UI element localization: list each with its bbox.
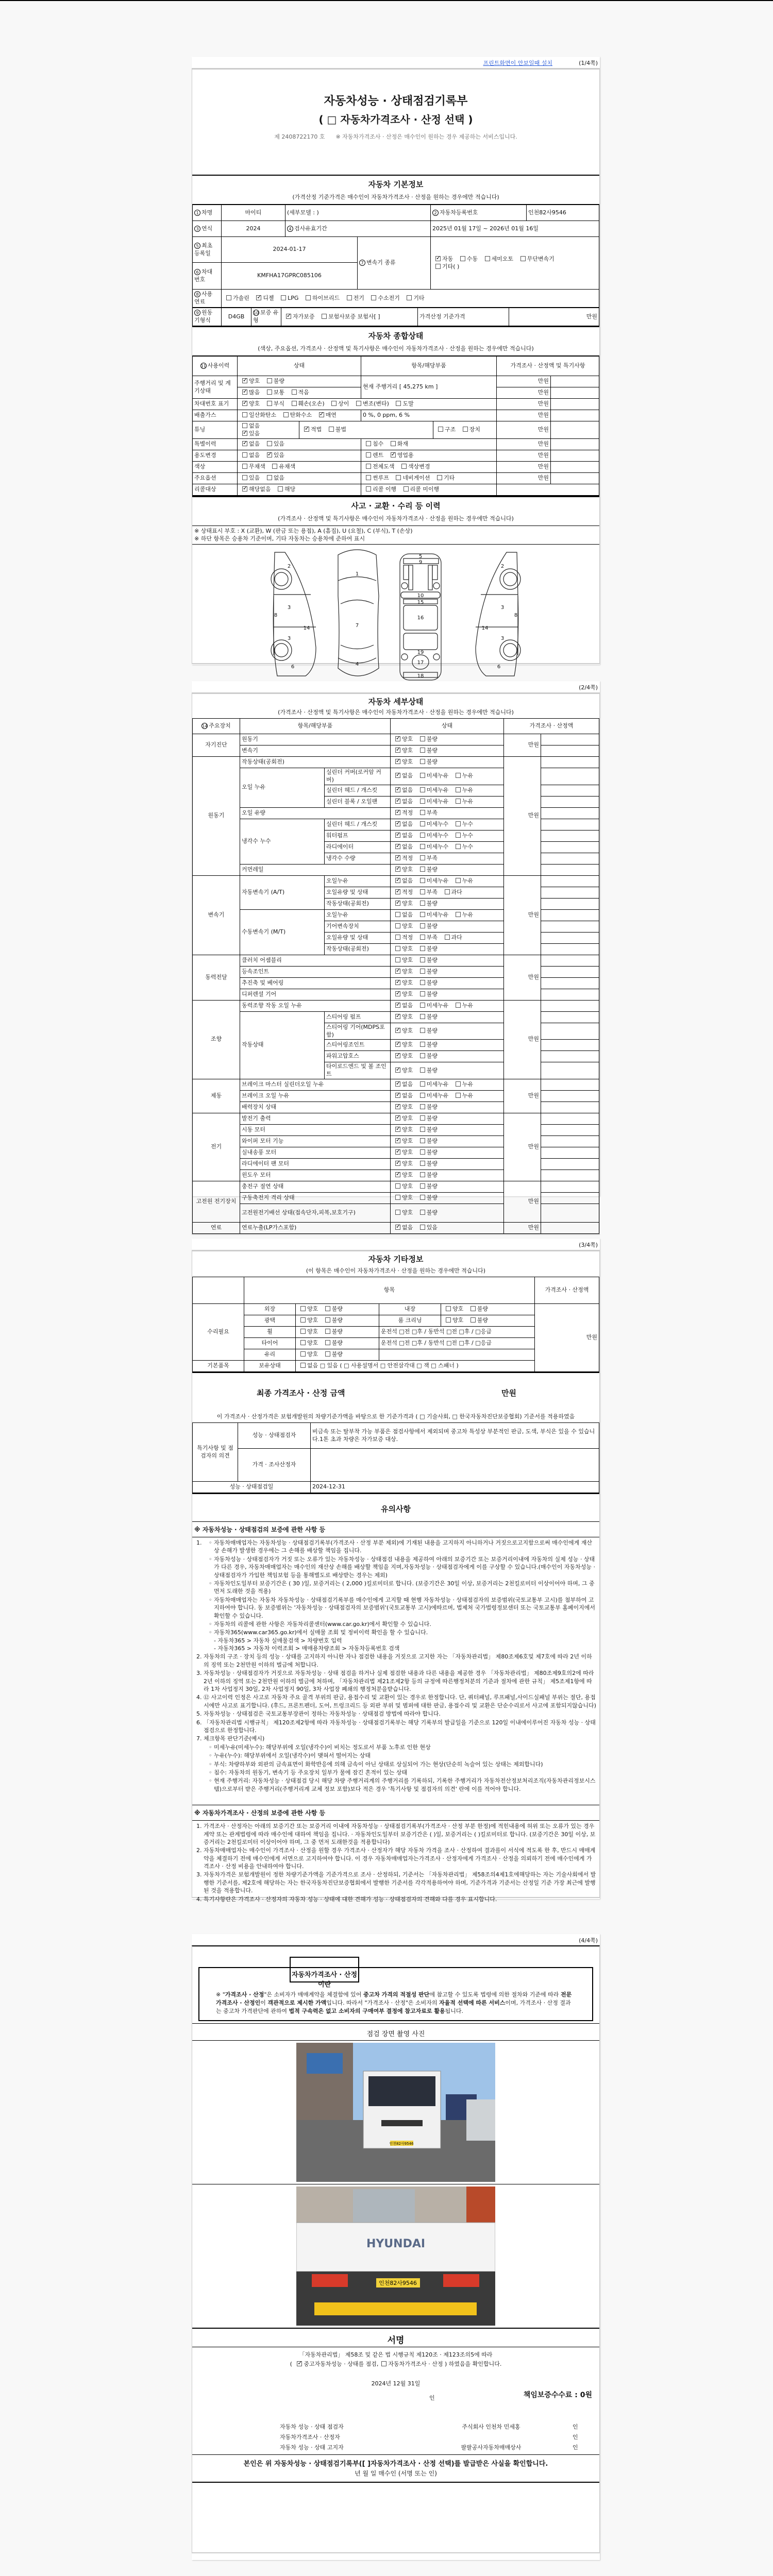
checkbox[interactable] [395, 833, 400, 838]
checkbox[interactable] [347, 295, 352, 300]
notes-list-2: 가격조사 · 산정자는 아래의 보증기간 또는 보증거리 이내에 자동차성능 ·… [192, 1821, 599, 1905]
checkbox[interactable] [306, 295, 311, 300]
inspection-date: 2024-12-31 [311, 1482, 599, 1493]
engine-table: 9원동 기형식 D4GB 10보증 유형 자가보증 보험사보증 보험사[ ] 가… [192, 308, 599, 326]
checkbox[interactable] [420, 991, 425, 996]
checkbox[interactable] [267, 475, 272, 480]
checkbox[interactable] [420, 1014, 425, 1019]
checkbox[interactable] [420, 1067, 425, 1073]
warranty-options: 자가보증 보험사보증 보험사[ ] [281, 308, 418, 326]
checkbox[interactable] [420, 1210, 425, 1215]
doc-number-line: 제 2408722170 호 ※ 자동차가격조사 · 산정은 매수인이 원하는 … [192, 132, 599, 141]
checkbox[interactable] [325, 1306, 330, 1311]
checkbox[interactable] [456, 912, 461, 917]
checkbox[interactable] [456, 844, 461, 849]
detail-row: 원동기작동상태(공회전)양호 불량만원 [193, 757, 599, 768]
checkbox[interactable] [407, 295, 412, 300]
svg-text:5: 5 [419, 554, 422, 560]
page-2: (2/4쪽) 자동차 세부상태 (가격조사 · 산정액 및 특기사항은 매수인이… [192, 681, 600, 1196]
checkbox[interactable] [420, 901, 425, 906]
checkbox[interactable] [300, 1340, 306, 1345]
final-price-unit: 만원 [501, 1387, 516, 1398]
checkbox[interactable] [267, 441, 272, 446]
checkbox[interactable] [420, 912, 425, 917]
detail-row: 동력전달클러치 어셈블리양호 불량만원 [193, 955, 599, 966]
checkbox[interactable] [420, 1225, 425, 1230]
checkbox[interactable] [366, 486, 371, 492]
overall-row: 용도변경없음 있음렌트 영업용만원 [193, 450, 599, 462]
checkbox[interactable] [267, 378, 272, 383]
checkbox[interactable] [446, 1306, 451, 1311]
svg-text:3: 3 [288, 636, 291, 641]
overall-title: 자동차 종합상태 [192, 327, 599, 341]
detail-row: 전기발전기 출력양호 불량만원 [193, 1113, 599, 1125]
detail-row: 제동브레이크 마스터 실린더오일 누유없음 미세누유 누유만원 [193, 1079, 599, 1091]
checkbox[interactable] [420, 1195, 425, 1200]
checkbox[interactable] [395, 867, 400, 872]
checkbox[interactable] [242, 452, 247, 457]
overall-row: 특별이력없음 있음침수 화재만원 [193, 439, 599, 450]
checkbox[interactable] [420, 799, 425, 804]
checkbox[interactable] [395, 980, 400, 985]
checkbox[interactable] [395, 957, 400, 962]
checkbox[interactable] [395, 946, 400, 951]
svg-text:4: 4 [356, 662, 359, 667]
checkbox[interactable] [420, 878, 425, 883]
checkbox[interactable] [242, 378, 247, 383]
checkbox[interactable] [300, 1317, 306, 1323]
checkbox[interactable] [420, 1028, 425, 1033]
checkbox[interactable] [371, 295, 376, 300]
svg-text:인천82사9546: 인천82사9546 [379, 2279, 417, 2286]
notes-section-2: ※ 자동차가격조사 · 산정의 보증에 관한 사항 등 [192, 1805, 599, 1821]
checkbox[interactable] [420, 957, 425, 962]
checkbox[interactable] [395, 1172, 400, 1177]
checkbox[interactable] [420, 1104, 425, 1109]
checkbox-performance[interactable] [297, 2361, 302, 2366]
checkbox[interactable] [395, 923, 400, 928]
checkbox[interactable] [395, 1161, 400, 1166]
vin: KMFHA17GPRC085106 [222, 263, 358, 290]
checkbox[interactable] [456, 1003, 461, 1008]
appraiser-opinion [311, 1449, 599, 1482]
checkbox[interactable] [396, 401, 401, 406]
accident-title: 사고 · 교환 · 수리 등 이력 [192, 497, 599, 511]
checkbox[interactable] [267, 389, 272, 395]
svg-text:10: 10 [417, 593, 424, 599]
checkbox[interactable] [286, 314, 291, 319]
reg-number: 인천82사9546 [527, 205, 599, 221]
checkbox[interactable] [396, 475, 401, 480]
page-4: (4/4쪽) 자동차가격조사 · 산정이란 ※ "가격조사 · 산정"은 소비자… [192, 1934, 600, 2560]
checkbox[interactable] [325, 1329, 330, 1334]
inspection-photo-front: 인천82사9546 [296, 2043, 495, 2182]
overall-row: 튜닝없음있음적법 불법구조 장치만원 [193, 421, 599, 439]
checkbox[interactable] [395, 1042, 400, 1047]
top-border [0, 0, 773, 1]
page-number: (4/4쪽) [579, 1936, 598, 1944]
checkbox[interactable] [391, 441, 396, 446]
page-number: (1/4쪽) [579, 59, 598, 67]
checkbox[interactable] [395, 799, 400, 804]
overall-row: 리콜대상해당없음 해당리콜 이행 리콜 미이행 [193, 484, 599, 496]
transmission-options: 자동 수동 세미오토 무단변속기기타( ) [431, 237, 599, 290]
checkbox[interactable] [395, 1093, 400, 1098]
checkbox[interactable] [456, 773, 461, 778]
checkbox[interactable] [267, 401, 272, 406]
checkbox[interactable] [395, 1028, 400, 1033]
checkbox[interactable] [322, 314, 327, 319]
detail-row: 고전원 전기장치충전구 절연 상태양호 불량만원 [193, 1181, 599, 1193]
other-table: 항목 가격조사 · 산정액 수리필요외장양호 불량내장양호 불량만원광택양호 불… [192, 1277, 599, 1372]
checkbox[interactable] [395, 1003, 400, 1008]
signature-confirm: ( 중고자동차성능 · 상태를 점검,자동차가격조사 · 산정 ) 하였음을 확… [192, 2360, 599, 2368]
inspector-opinion: 비금속 또는 탈부착 가능 부품은 점검사항에서 제외되며 중고차 특성상 부분… [311, 1423, 599, 1449]
page-number: (2/4쪽) [579, 683, 598, 691]
checkbox[interactable] [420, 736, 425, 741]
checkbox[interactable] [463, 427, 468, 432]
checkbox[interactable] [395, 855, 400, 860]
checkbox[interactable] [460, 256, 465, 261]
checkbox[interactable] [242, 389, 247, 395]
checkbox[interactable] [395, 810, 400, 815]
checkbox[interactable] [445, 935, 450, 940]
checkbox[interactable] [242, 475, 247, 480]
basic-info-title: 자동차 기본정보 [192, 176, 599, 190]
detail-row: 변속기자동변속기 (A/T)오일누유없음 미세누유 누유만원 [193, 875, 599, 887]
basic-info-table: 1차명 마이티 (세부모델 : ) 2자동차등록번호 인천82사9546 3연식… [192, 205, 599, 308]
overall-table: 11사용이력 상태 항목/해당부품 가격조사 · 산정액 및 특기사항 주행거리… [192, 356, 599, 496]
checkbox[interactable] [420, 1093, 425, 1098]
checkbox[interactable] [242, 423, 247, 428]
checkbox[interactable] [446, 1317, 451, 1323]
svg-text:14: 14 [304, 625, 310, 631]
signature-title: 서명 [192, 2328, 599, 2347]
notes-list-1: 자동차매매업자는 자동차성능 · 상태점검기록부(가격조사 · 산정 부분 제외… [192, 1537, 599, 1794]
checkbox[interactable] [395, 1115, 400, 1121]
checkbox[interactable] [420, 1161, 425, 1166]
checkbox[interactable] [395, 773, 400, 778]
checkbox[interactable] [470, 1317, 476, 1323]
car-name: 마이티 [222, 205, 285, 221]
checkbox[interactable] [395, 935, 400, 940]
checkbox[interactable] [366, 441, 371, 446]
checkbox[interactable] [395, 969, 400, 974]
receipt-section: 본인은 위 자동차성능 · 상태점검기록부([ ]자동차가격조사 · 산정 선택… [192, 2454, 599, 2483]
checkbox[interactable] [395, 1014, 400, 1019]
svg-text:3: 3 [501, 605, 504, 611]
checkbox[interactable] [281, 295, 286, 300]
checkbox[interactable] [420, 1115, 425, 1121]
checkbox[interactable] [395, 1138, 400, 1143]
svg-text:인천82사9546: 인천82사9546 [389, 2141, 414, 2146]
checkbox[interactable] [445, 889, 450, 894]
svg-text:6: 6 [497, 664, 500, 670]
checkbox[interactable] [420, 855, 425, 860]
price-basis: 이 가격조사 · 산정가격은 보험개발원의 차량기준가액을 바탕으로 한 기준가… [192, 1412, 599, 1422]
checkbox[interactable] [242, 401, 247, 406]
checkbox[interactable] [395, 912, 400, 917]
svg-text:3: 3 [288, 605, 291, 611]
svg-text:16: 16 [417, 615, 424, 621]
other-row: 수리필요외장양호 불량내장양호 불량만원 [193, 1304, 599, 1315]
checkbox[interactable] [319, 412, 324, 417]
checkbox[interactable] [395, 1210, 400, 1215]
checkbox[interactable] [256, 295, 261, 300]
legend-symbols: ※ 상태표시 부호 : X (교환), W (판금 또는 용접), A (흠집)… [194, 527, 597, 535]
svg-text:3: 3 [501, 636, 504, 641]
checkbox[interactable] [435, 256, 441, 261]
svg-text:8: 8 [514, 613, 517, 618]
checkbox[interactable] [395, 1081, 400, 1087]
checkbox[interactable] [366, 452, 371, 457]
svg-text:14: 14 [482, 625, 489, 631]
checkbox[interactable] [420, 946, 425, 951]
checkbox[interactable] [404, 486, 409, 492]
checkbox[interactable] [420, 759, 425, 764]
checkbox[interactable] [292, 401, 297, 406]
checkbox[interactable] [331, 401, 337, 406]
checkbox[interactable] [272, 464, 277, 469]
overall-row: 주행거리 및 계기상태양호 불량현재 주행거리 [ 45,275 km ]만원 [193, 376, 599, 387]
checkbox[interactable] [456, 833, 461, 838]
checkbox[interactable] [395, 1183, 400, 1189]
detail-row: 자기진단원동기양호 불량만원 [193, 734, 599, 745]
checkbox[interactable] [470, 1306, 476, 1311]
checkbox[interactable] [242, 486, 247, 492]
checkbox[interactable] [325, 1351, 330, 1357]
detail-title: 자동차 세부상태 [192, 694, 599, 707]
checkbox[interactable] [267, 452, 272, 457]
checkbox[interactable] [325, 1340, 330, 1345]
engine-type: D4GB [222, 308, 251, 326]
overall-row: 주요옵션있음 없음썬루프 네비게이션 기타만원 [193, 473, 599, 484]
checkbox[interactable] [242, 441, 247, 446]
checkbox[interactable] [292, 389, 297, 395]
checkbox[interactable] [395, 901, 400, 906]
detail-row: 연료연료누출(LP가스포함)없음 있음만원 [193, 1223, 599, 1234]
checkbox[interactable] [456, 878, 461, 883]
checkbox[interactable] [395, 759, 400, 764]
signature-roles: 자동차 성능 · 상태 점검자주식회사 인천차 민세홍인자동차가격조사 · 산정… [192, 2421, 599, 2452]
checkbox[interactable] [356, 401, 361, 406]
checkbox[interactable] [325, 1317, 330, 1323]
checkbox[interactable] [420, 969, 425, 974]
checkbox[interactable] [420, 1053, 425, 1058]
checkbox-appraisal[interactable] [381, 2361, 386, 2366]
checkbox[interactable] [420, 821, 425, 826]
checkbox[interactable] [395, 991, 400, 996]
checkbox[interactable] [366, 475, 371, 480]
checkbox[interactable] [391, 452, 396, 457]
checkbox[interactable] [395, 736, 400, 741]
warranty-fee: 책임보증수수료 : 0원 [524, 2389, 592, 2400]
checkbox[interactable] [420, 867, 425, 872]
signature-date: 2024년 12월 31일 [192, 2379, 599, 2387]
overall-sub: (색상, 주요옵션, 가격조사 · 산정액 및 특기사항은 매수인이 자동차가격… [192, 341, 599, 355]
notes-section-1: ※ 자동차성능 · 상태점검의 보증에 관한 사항 등 [192, 1522, 599, 1537]
doc-subtitle: ( □ 자동차가격조사 · 산정 선택 ) [192, 111, 599, 126]
checkbox[interactable] [420, 1149, 425, 1155]
checkbox[interactable] [420, 773, 425, 778]
checkbox[interactable] [395, 821, 400, 826]
detail-table: 14주요장치 항목/해당부품 상태 가격조사 · 산정액 자기진단원동기양호 불… [192, 718, 599, 1234]
checkbox[interactable] [420, 1172, 425, 1177]
checkbox[interactable] [420, 980, 425, 985]
photos-title: 점검 장면 촬영 사진 [192, 2023, 599, 2041]
checkbox[interactable] [395, 1149, 400, 1155]
checkbox[interactable] [395, 1053, 400, 1058]
overall-row: 차대번호 표기양호 부식 훼손(오손) 상이 변조(변타) 도말만원 [193, 399, 599, 410]
svg-text:1: 1 [356, 571, 359, 577]
svg-text:8: 8 [274, 613, 277, 618]
detail-row: 조향동력조향 작동 오일 누유없음 미세누유 누유만원 [193, 1000, 599, 1011]
checkbox[interactable] [420, 923, 425, 928]
checkbox[interactable] [395, 878, 400, 883]
checkbox[interactable] [435, 264, 441, 269]
car-diagram: 233 8146 174 5910 151619 1718 233 8146 [192, 545, 599, 684]
overall-row: 배출가스일산화탄소 탄화수소 매연0 %, 0 ppm, 6 %만원 [193, 410, 599, 421]
checkbox[interactable] [283, 412, 289, 417]
overall-row: 색상무채색 유채색전체도색 색상변경만원 [193, 462, 599, 473]
fuel-options: 가솔린 디젤 LPG 하이브리드 전기 수소전기 기타 [222, 290, 599, 308]
checkbox[interactable] [242, 464, 247, 469]
doc-title: 자동차성능 · 상태점검기록부 [192, 70, 599, 108]
checkbox[interactable] [395, 889, 400, 894]
checkbox[interactable] [366, 464, 371, 469]
checkbox[interactable] [420, 889, 425, 894]
notes-title: 유의사항 [192, 1493, 599, 1522]
svg-text:17: 17 [417, 660, 424, 666]
svg-text:18: 18 [417, 673, 424, 679]
checkbox[interactable] [420, 1127, 425, 1132]
signature-role-row: 자동차 성능 · 상태 점검자주식회사 인천차 민세홍인 [192, 2421, 599, 2432]
checkbox[interactable] [520, 256, 526, 261]
checkbox[interactable] [420, 935, 425, 940]
print-install-link[interactable]: 프린트화면이 안보일때 설치 [483, 59, 552, 67]
checkbox[interactable] [438, 427, 443, 432]
checkbox[interactable] [420, 787, 425, 792]
legend-note: ※ 하단 항목은 승용차 기준이며, 기타 자동차는 승용차에 준하여 표시 [194, 535, 597, 543]
car-panels-diagram: 233 8146 174 5910 151619 1718 233 8146 [192, 545, 599, 684]
appraisal-info-box: 자동차가격조사 · 산정이란 ※ "가격조사 · 산정"은 소비자가 매매계약을… [198, 1967, 593, 2021]
checkbox[interactable] [395, 1067, 400, 1073]
checkbox[interactable] [420, 748, 425, 753]
checkbox[interactable] [395, 1195, 400, 1200]
checkbox[interactable] [420, 1042, 425, 1047]
checkbox[interactable] [420, 844, 425, 849]
svg-text:2: 2 [501, 564, 504, 569]
checkbox[interactable] [304, 427, 309, 432]
checkbox[interactable] [420, 1003, 425, 1008]
checkbox[interactable] [242, 412, 247, 417]
other-title: 자동차 기타정보 [192, 1251, 599, 1264]
checkbox[interactable] [437, 475, 442, 480]
checkbox[interactable] [420, 1183, 425, 1189]
checkbox[interactable] [395, 1225, 400, 1230]
svg-text:2: 2 [288, 564, 291, 569]
checkbox[interactable] [395, 844, 400, 849]
checkbox[interactable] [456, 1093, 461, 1098]
checkbox[interactable] [300, 1329, 306, 1334]
checkbox[interactable] [395, 1104, 400, 1109]
checkbox[interactable] [395, 1127, 400, 1132]
checkbox[interactable] [300, 1363, 306, 1368]
accident-sub: (가격조사 · 산정액 및 특기사항은 매수인이 자동차가격조사 · 산정을 원… [192, 511, 599, 526]
svg-text:7: 7 [356, 623, 359, 629]
checkbox[interactable] [456, 787, 461, 792]
checkbox[interactable] [395, 748, 400, 753]
svg-text:HYUNDAI: HYUNDAI [366, 2238, 425, 2250]
signature-role-row: 자동차가격조사 · 산정자인 [192, 2432, 599, 2442]
page-1: 프린트화면이 안보일때 설치 (1/4쪽) 자동차성능 · 상태점검기록부 ( … [192, 57, 600, 665]
opinion-table: 특기사항 및 점검자의 의견 성능 · 상태점검자 비금속 또는 탈부착 가능 … [192, 1422, 599, 1493]
svg-text:9: 9 [419, 560, 422, 565]
checkbox[interactable] [329, 427, 334, 432]
checkbox[interactable] [226, 295, 231, 300]
checkbox[interactable] [485, 256, 490, 261]
checkbox[interactable] [456, 821, 461, 826]
checkbox[interactable] [420, 1081, 425, 1087]
basic-info-sub: (가격산정 기준가격은 매수인이 자동차가격조사 · 산정을 원하는 경우에만 … [192, 190, 599, 204]
svg-text:6: 6 [291, 664, 294, 670]
checkbox[interactable] [300, 1351, 306, 1357]
inspection-photo-rear: HYUNDAI 인천82사9546 [296, 2187, 495, 2326]
svg-text:19: 19 [417, 650, 424, 655]
checkbox[interactable] [278, 486, 283, 492]
checkbox[interactable] [300, 1306, 306, 1311]
page-3: (3/4쪽) 자동차 기타정보 (이 항목은 매수인이 자동차가격조사 · 산정… [192, 1239, 600, 1899]
checkbox[interactable] [420, 810, 425, 815]
inspection-period: 2025년 01월 17일 ~ 2026년 01월 16일 [431, 221, 599, 237]
signature-law: 「자동차관리법」 제58조 및 같은 법 시행규칙 제120조 · 제123조의… [192, 2350, 599, 2359]
checkbox[interactable] [395, 787, 400, 792]
checkbox[interactable] [456, 1081, 461, 1087]
model-year: 2024 [222, 221, 285, 237]
checkbox[interactable] [420, 833, 425, 838]
checkbox[interactable] [456, 799, 461, 804]
checkbox[interactable] [242, 431, 247, 436]
checkbox[interactable] [401, 464, 407, 469]
first-reg-date: 2024-01-17 [222, 237, 358, 263]
checkbox[interactable] [420, 1138, 425, 1143]
page-number: (3/4쪽) [579, 1241, 598, 1249]
svg-text:15: 15 [417, 600, 424, 605]
signature-role-row: 자동차 성능 · 상태 고지자팔팔공사자동차매매상사인 [192, 2442, 599, 2452]
appraisal-info-text: ※ "가격조사 · 산정"은 소비자가 매매계약을 체결함에 있어 중고차 가격… [216, 1991, 576, 2015]
final-price-label: 최종 가격조사 · 산정 금액 [257, 1387, 345, 1398]
